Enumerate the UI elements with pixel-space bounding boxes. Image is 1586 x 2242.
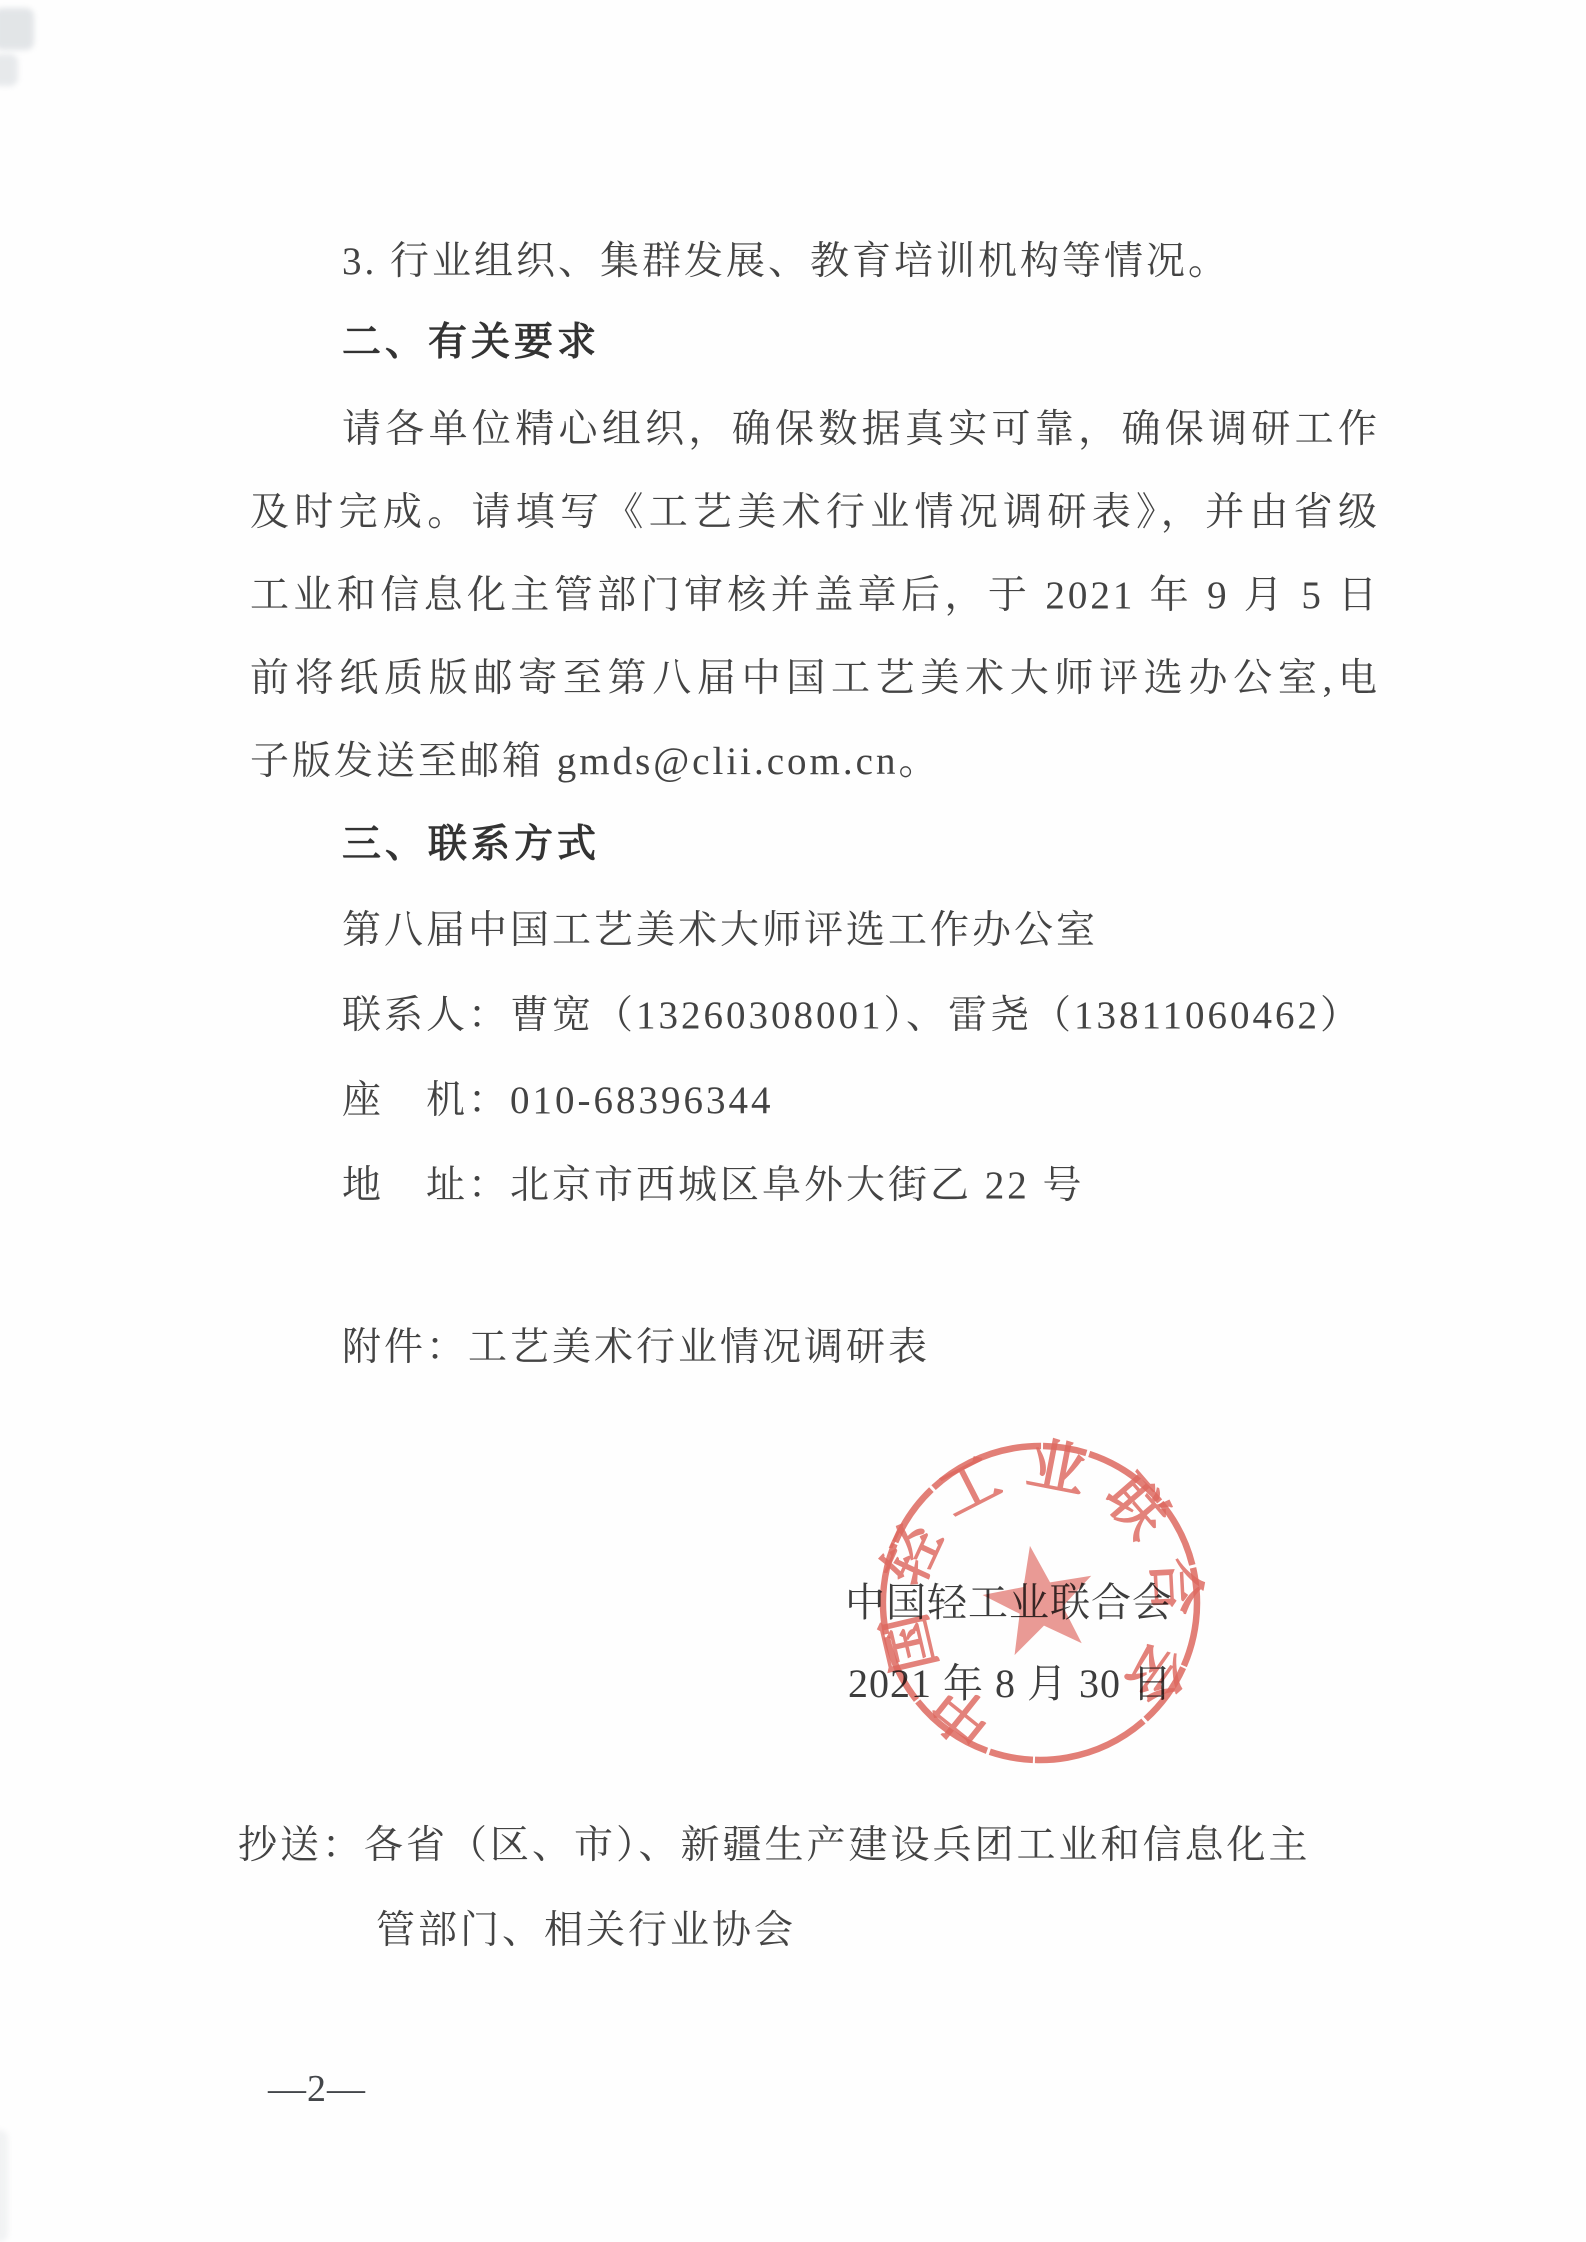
section-heading-requirements: 二、有关要求 [250, 303, 1380, 383]
scan-artifact-top-left [0, 8, 34, 50]
list-item-3: 3. 行业组织、集群发展、教育培训机构等情况。 [250, 222, 1380, 302]
official-seal-stamp: 中国轻工业联合会 [870, 1433, 1210, 1773]
contact-address-line: 地 址：北京市西城区阜外大街乙 22 号 [250, 1143, 1380, 1228]
paragraph-line: 子版发送至邮箱 gmds@clii.com.cn。 [250, 720, 1380, 803]
scanned-document-page: 3. 行业组织、集群发展、教育培训机构等情况。 二、有关要求 请各单位精心组织，… [0, 0, 1586, 2242]
cc-line-1: 抄送：各省（区、市）、新疆生产建设兵团工业和信息化主 [238, 1803, 1438, 1888]
paragraph-line: 工业和信息化主管部门审核并盖章后，于 2021 年 9 月 5 日 [250, 554, 1380, 637]
page-number: —2— [268, 2049, 366, 2129]
paragraph-line: 请各单位精心组织，确保数据真实可靠，确保调研工作 [250, 388, 1380, 471]
paragraph-line: 前将纸质版邮寄至第八届中国工艺美术大师评选办公室,电 [250, 637, 1380, 720]
paragraph-line: 及时完成。请填写《工艺美术行业情况调研表》，并由省级 [250, 471, 1380, 554]
cc-block: 抄送：各省（区、市）、新疆生产建设兵团工业和信息化主 管部门、相关行业协会 [238, 1803, 1438, 1973]
contact-block: 第八届中国工艺美术大师评选工作办公室 联系人：曹宽（13260308001）、雷… [250, 888, 1380, 1228]
cc-line-2: 管部门、相关行业协会 [376, 1888, 1438, 1973]
seal-star-icon [976, 1536, 1103, 1658]
attachment-line: 附件：工艺美术行业情况调研表 [250, 1308, 1380, 1388]
contact-phone-line: 座 机：010-68396344 [250, 1058, 1380, 1143]
scan-artifact-top-left-2 [0, 54, 18, 86]
scan-artifact-bottom-left [0, 2130, 8, 2242]
section-heading-contact: 三、联系方式 [250, 805, 1380, 885]
contact-office-line: 第八届中国工艺美术大师评选工作办公室 [250, 888, 1380, 973]
requirements-paragraph: 请各单位精心组织，确保数据真实可靠，确保调研工作 及时完成。请填写《工艺美术行业… [250, 388, 1380, 803]
contact-person-line: 联系人：曹宽（13260308001）、雷尧（13811060462） [250, 973, 1380, 1058]
